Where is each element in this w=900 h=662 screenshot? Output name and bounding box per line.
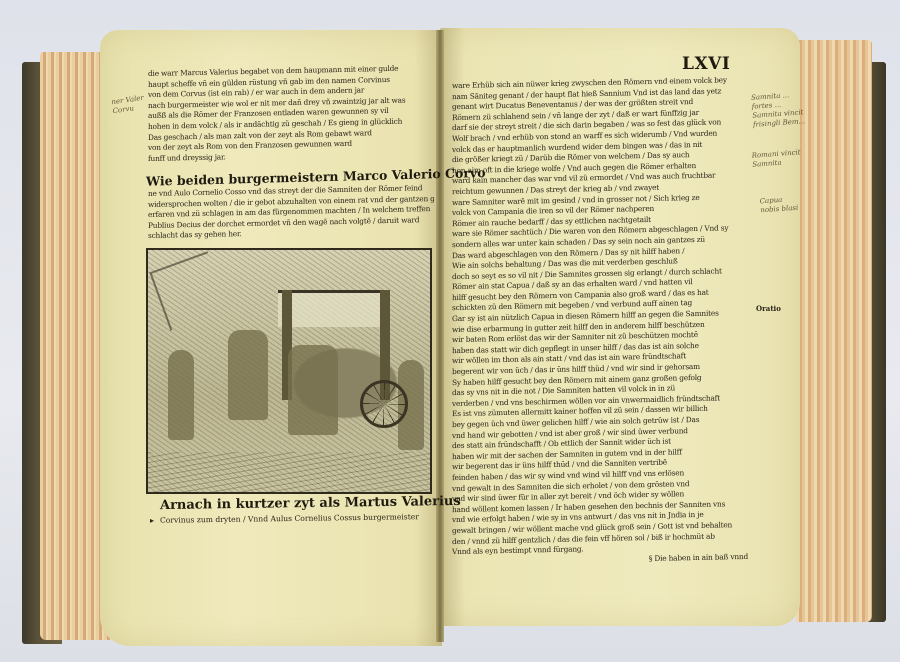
folio-number: LXVI (682, 54, 730, 74)
right-page-text: ware Erhüb sich ain nüwer krieg zwyschen… (452, 75, 748, 569)
tree-shape (149, 251, 228, 330)
horse-rider (228, 330, 268, 420)
woodcut-illustration (146, 248, 432, 494)
ground-hatching (148, 452, 430, 492)
book-gutter (436, 30, 444, 642)
handwritten-marginalia-right: Romani vincit Samnita (751, 148, 801, 169)
horse-rider (288, 345, 338, 435)
handwritten-marginalia-right: Capua nobis blasi (759, 195, 798, 216)
left-page-top-text: die warr Marcus Valerius begabet von dem… (148, 63, 434, 164)
standing-figure (168, 350, 194, 440)
paragraph-mark: ▸ (150, 516, 154, 525)
printed-margin-note: Oratio (756, 304, 781, 313)
handwritten-marginalia-right: Samnita ... fortes ... Samnita vincit fr… (751, 90, 806, 130)
chariot-canopy (278, 290, 388, 327)
left-page-chapter-summary: ne vnd Aulo Cornelio Cosso vnd das strey… (148, 183, 434, 242)
page-block-edge-right (796, 40, 872, 622)
chariot-wheel (360, 380, 408, 428)
